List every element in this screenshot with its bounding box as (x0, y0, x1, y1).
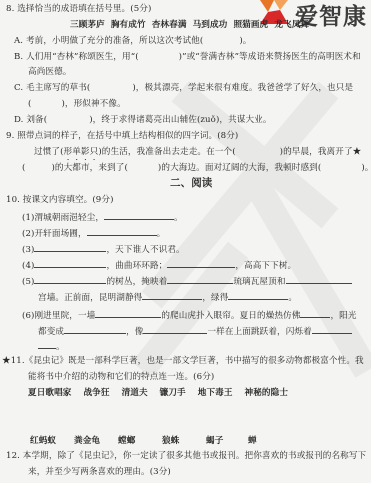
q9-line2: ()的大都市，来到了()的大海边。面对辽阔的大海，我顿时感到()。 (22, 163, 371, 174)
trait-item[interactable]: 战争狂 (83, 388, 109, 398)
q8-options: 三顾茅庐 胸有成竹 杏林春满 马到成功 照猫画虎 龙飞凤舞 (70, 20, 309, 31)
animal-item[interactable]: 蝉 (248, 436, 257, 446)
example-word: 形单影只 (64, 147, 99, 157)
trait-item[interactable]: 地下毒王 (198, 388, 233, 398)
q11-prompt: ★11.《昆虫记》既是一部科学巨著，也是一部文学巨著，书中描写的很多动物都极富个… (2, 356, 364, 367)
q10-item-2: (2)开轩面场圃，。 (22, 227, 165, 240)
q10-item-6-cont: 都变成，像一样在上面跳跃着，闪烁着 (38, 325, 352, 338)
q9-prompt: 9. 照带点词的样子，在括号中填上结构相似的四字词。(8分) (6, 131, 238, 142)
q10-item-5: (5)的树丛，掩映着琉璃瓦屋顶和 (22, 275, 352, 288)
q11-animals-row: 红蚂蚁粪金龟螳螂狼蛛蝎子蝉 (30, 436, 257, 447)
section-title-reading: 二、阅读 (170, 178, 212, 189)
animal-item[interactable]: 粪金龟 (74, 436, 118, 447)
q10-item-4: (4)，曲曲环环路；，高高下下树。 (22, 259, 296, 272)
q10-item-6: (6)刚进里院，一墙的爬山虎扑入眼帘。夏日的燥热仿佛，阳光 (22, 309, 357, 322)
q8-item-c-cont: ()，形似神不像。 (28, 99, 126, 110)
q8-item-d: D. 刘备()，终于求得诸葛亮出山辅佐(zuǒ)，共谋大业。 (14, 115, 272, 126)
q10-item-5-cont: 宫墙。正前面，昆明湖静得，绿得。 (38, 291, 297, 304)
q8-item-c: C. 毛主席写的草书()，极其漂亮，学起来很有难度。我爸爸学了好久，也只是 (14, 83, 353, 94)
animal-item[interactable]: 狼蛛 (162, 436, 206, 447)
animal-item[interactable]: 蝎子 (206, 436, 248, 447)
q8-item-b: B. 人们用“杏林”称颂医生，用“()”或“誉满杏林”等成语来赞扬医生的高明医术… (14, 52, 361, 63)
q11-prompt-cont: 能将书中介绍的动物和它们的特点连一连。(6分) (28, 372, 214, 383)
trait-item[interactable]: 清道夫 (122, 388, 148, 398)
q10-prompt: 10. 按课文内容填空。(9分) (6, 195, 114, 206)
q12-prompt: 12. 本学期，除了《昆虫记》，你一定读了很多其他书或报刊。把你喜欢的书或报刊的… (6, 451, 366, 462)
animal-item[interactable]: 螳螂 (118, 436, 162, 447)
q9-line1: 过惯了(形单影只)的生活，我准备出去走走。在一个()的早晨，我离开了★ (34, 147, 361, 162)
q10-item-6-end: 。 (38, 340, 65, 353)
q11-traits-row: 夏日歌唱家战争狂清道夫镰刀手地下毒王神秘的隐士 (28, 388, 288, 399)
q10-item-1: (1)渭城朝雨浥轻尘，。 (22, 211, 183, 224)
q10-item-3: (3)，天下谁人不识君。 (22, 243, 185, 256)
trait-item[interactable]: 镰刀手 (160, 388, 186, 398)
exam-page: 爱智康 8. 选择恰当的成语填在括号里。(5分) 三顾茅庐 胸有成竹 杏林春满 … (0, 0, 371, 483)
animal-item[interactable]: 红蚂蚁 (30, 436, 74, 447)
trait-item[interactable]: 神秘的隐士 (245, 388, 288, 398)
q12-prompt-cont: 来，并至少写两条喜欢的理由。(3分) (28, 467, 171, 478)
q8-item-a: A. 考前，小明做了充分的准备，所以这次考试他()。 (14, 36, 251, 47)
trait-item[interactable]: 夏日歌唱家 (28, 388, 71, 398)
q8-prompt: 8. 选择恰当的成语填在括号里。(5分) (6, 4, 151, 15)
q8-item-b-cont: 高尚医德。 (28, 67, 71, 78)
